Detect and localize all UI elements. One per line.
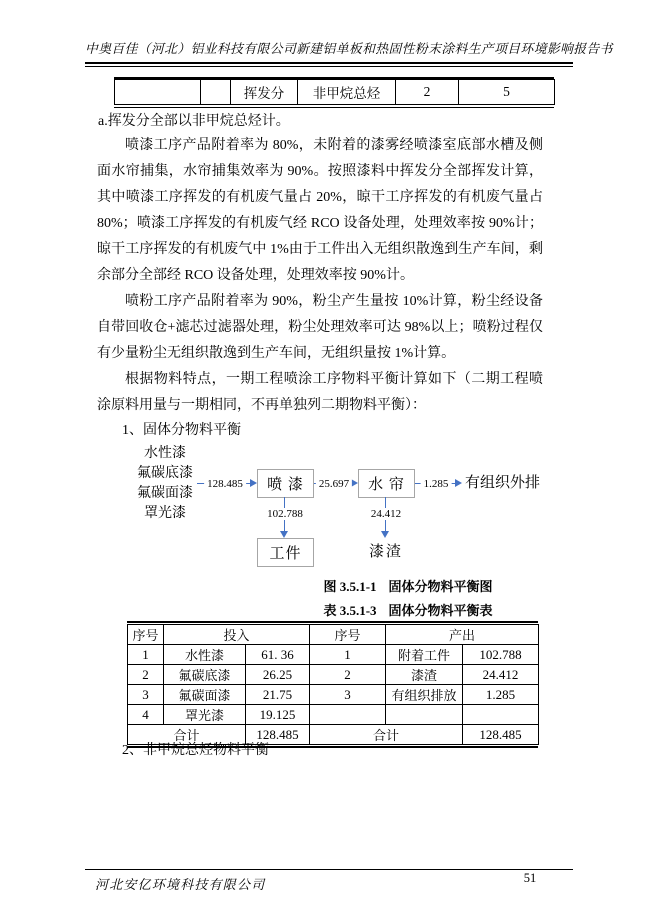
table-cell: 2: [396, 80, 459, 105]
table-cell: 5: [459, 80, 555, 105]
solid-balance-table: 序号 投入 序号 产出 1 水性漆 61. 36 1 附着工件 102.788 …: [127, 621, 538, 748]
flow-value: 128.485: [204, 478, 246, 490]
table-row: 4 罩光漆 19.125: [128, 705, 539, 725]
table-cell: 水性漆: [164, 645, 246, 665]
table-cell: 非甲烷总烃: [298, 80, 396, 105]
table-cell: [386, 705, 463, 725]
document-page: 中奥百佳（河北）铝业科技有限公司新建铝单板和热固性粉末涂料生产项目环境影响报告书…: [0, 0, 664, 919]
table-row: 2 氟碳底漆 26.25 2 漆渣 24.412: [128, 665, 539, 685]
flow-value: 1.285: [421, 478, 452, 490]
table-cell: 1.285: [463, 685, 539, 705]
header-rule-thick: [85, 62, 573, 64]
section-item-solid-balance: 1、固体分物料平衡: [122, 419, 241, 439]
input-label: 氟碳底漆: [129, 464, 201, 484]
header-cell: 序号: [128, 625, 164, 645]
table-cell: 挥发分: [231, 80, 298, 105]
table-cell: 漆渣: [386, 665, 463, 685]
process-box-spray: 喷 漆: [257, 469, 314, 498]
table-cell: 1: [310, 645, 386, 665]
total-value-cell: 128.485: [463, 725, 539, 745]
flow-value: 24.412: [368, 508, 404, 520]
table-cell: 2: [128, 665, 164, 685]
figure-caption: 图 3.5.1-1固体分物料平衡图: [323, 576, 492, 595]
table-cell: 26.25: [246, 665, 310, 685]
table-row: 挥发分 非甲烷总烃 2 5: [115, 80, 555, 105]
header-rule-thin: [85, 66, 573, 67]
flow-value: 25.697: [316, 478, 352, 490]
diagram-input-labels: 水性漆 氟碳底漆 氟碳面漆 罩光漆: [129, 444, 201, 524]
header-cell: 序号: [310, 625, 386, 645]
process-box-workpiece: 工件: [257, 538, 314, 567]
table-cell: 61. 36: [246, 645, 310, 665]
figure-caption-title: 固体分物料平衡图: [389, 579, 493, 594]
table-header-row: 序号 投入 序号 产出: [128, 625, 539, 645]
table-cell: 罩光漆: [164, 705, 246, 725]
footer-company-name: 河北安亿环境科技有限公司: [95, 874, 265, 893]
header-cell: 投入: [164, 625, 310, 645]
table-row: 3 氟碳面漆 21.75 3 有组织排放 1.285: [128, 685, 539, 705]
arrow-right-icon: [250, 479, 257, 487]
input-label: 水性漆: [129, 444, 201, 464]
input-label: 氟碳面漆: [129, 484, 201, 504]
paragraph-material-balance-intro: 根据物料特点，一期工程喷涂工序物料平衡计算如下（二期工程喷涂原料用量与一期相同，…: [97, 367, 543, 419]
table-caption-label: 表 3.5.1-3: [323, 603, 376, 618]
paragraph-powder-process: 喷粉工序产品附着率为 90%，粉尘产生量按 10%计算，粉尘经设备自带回收仓+滤…: [97, 289, 543, 367]
table-cell: 3: [310, 685, 386, 705]
table-cell: 1: [128, 645, 164, 665]
table-cell: 24.412: [463, 665, 539, 685]
table-footnote: a.挥发分全部以非甲烷总烃计。: [98, 110, 290, 130]
table-cell: 3: [128, 685, 164, 705]
output-label-organized: 有组织外排: [465, 471, 540, 492]
table-row: 1 水性漆 61. 36 1 附着工件 102.788: [128, 645, 539, 665]
arrow-down-icon: [280, 531, 288, 538]
output-label-residue: 漆渣: [369, 540, 403, 561]
process-box-water-curtain: 水 帘: [358, 469, 415, 498]
figure-caption-label: 图 3.5.1-1: [323, 579, 376, 594]
total-label-cell: 合计: [310, 725, 463, 745]
section-item-nmhc-balance: 2、非甲烷总烃物料平衡: [122, 739, 269, 759]
table-cell: 氟碳面漆: [164, 685, 246, 705]
table-caption-title: 固体分物料平衡表: [389, 603, 493, 618]
table-cell: 102.788: [463, 645, 539, 665]
material-balance-diagram: 水性漆 氟碳底漆 氟碳面漆 罩光漆 128.485 喷 漆 25.697 水 帘…: [85, 443, 573, 573]
flow-value: 102.788: [264, 508, 306, 520]
table-cell: [463, 705, 539, 725]
table-cell: 氟碳底漆: [164, 665, 246, 685]
table-cell: 4: [128, 705, 164, 725]
arrow-right-icon: [455, 479, 462, 487]
paragraph-spray-process: 喷漆工序产品附着率为 80%，未附着的漆雾经喷漆室底部水槽及侧面水帘捕集，水帘捕…: [97, 133, 543, 289]
table-cell: 19.125: [246, 705, 310, 725]
table-cell: 附着工件: [386, 645, 463, 665]
table-cell: 2: [310, 665, 386, 685]
table-caption: 表 3.5.1-3固体分物料平衡表: [323, 600, 492, 619]
table-cell: [310, 705, 386, 725]
continued-table: 挥发分 非甲烷总烃 2 5: [114, 77, 554, 108]
arrow-down-icon: [381, 531, 389, 538]
table-cell: 21.75: [246, 685, 310, 705]
table-cell: [115, 80, 201, 105]
footer-rule: [85, 869, 573, 870]
table-cell: 有组织排放: [386, 685, 463, 705]
header-cell: 产出: [386, 625, 539, 645]
table-cell: [201, 80, 231, 105]
input-label: 罩光漆: [129, 504, 201, 524]
page-header-title: 中奥百佳（河北）铝业科技有限公司新建铝单板和热固性粉末涂料生产项目环境影响报告书: [85, 38, 573, 57]
page-number: 51: [516, 871, 544, 886]
